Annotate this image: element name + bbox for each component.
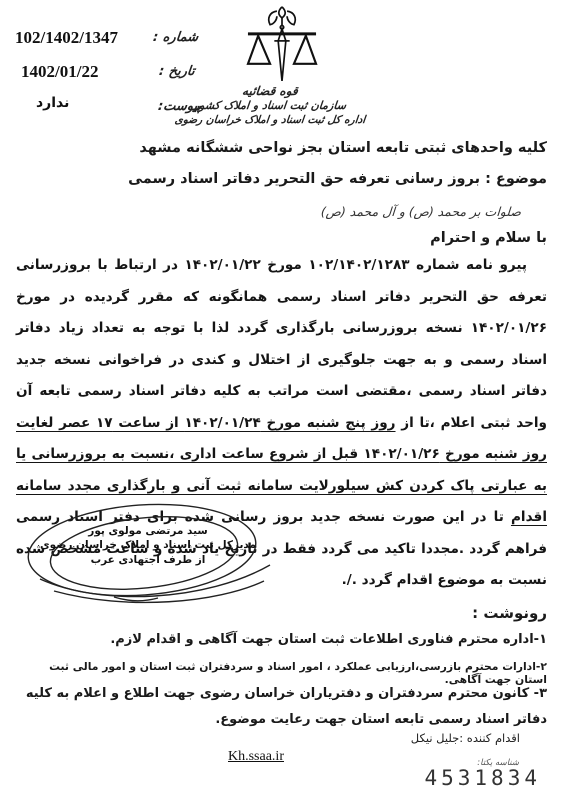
cc-heading: رونوشت : (472, 604, 547, 622)
judiciary-logo (237, 6, 327, 90)
cc-item-3: ۳- کانون محترم سردفتران و دفتریاران خراس… (14, 681, 547, 733)
subject-line: موضوع : بروز رسانی تعرفه حق التحریر دفات… (128, 171, 547, 187)
letter-date-value: 1402/01/22 (21, 62, 98, 82)
signature-block: سید مرتضی مولوی پور مدیرکل ثبت اسناد و ا… (22, 503, 274, 611)
letter-number-label: شماره : (152, 30, 199, 45)
org-line-provincial: اداره کل ثبت اسناد و املاک خراسان رضوی (149, 114, 390, 126)
body-text-normal-1: پیرو نامه شماره ۱۰۲/۱۴۰۲/۱۲۸۳ مورخ ۱۴۰۲/… (16, 257, 547, 431)
salutation-line: با سلام و احترام (430, 230, 547, 246)
signer-on-behalf: از طرف اجتهادی عرب (22, 554, 274, 566)
recipient-line: کلیه واحدهای ثبتی تابعه استان بجز نواحی … (139, 140, 547, 156)
letter-number-value: 102/1402/1347 (15, 28, 118, 48)
letter-date-label: تاریخ : (159, 64, 196, 79)
attachment-value: ندارد (36, 95, 69, 111)
attachment-label: پیوست: (157, 99, 202, 114)
unique-id-value: 4531834 (424, 766, 541, 790)
cc-item-1: ۱-اداره محترم فناوری اطلاعات ثبت استان ج… (14, 632, 547, 647)
salawat-line: صلوات بر محمد (ص) و آل محمد (ص) (320, 204, 521, 219)
signer-title: مدیرکل ثبت اسناد و املاک خراسان رضوی (22, 539, 274, 551)
signer-name: سید مرتضی مولوی پور (22, 525, 274, 537)
action-handler-line: اقدام کننده :جلیل نیکل (411, 731, 520, 745)
website-address: Kh.ssaa.ir (228, 749, 284, 765)
scanned-official-letter: قوه قضائیه سازمان ثبت اسناد و املاک کشور… (0, 0, 563, 800)
org-line-judiciary: قوه قضائیه (149, 84, 390, 98)
justice-scales-icon (238, 6, 326, 86)
signature-text: سید مرتضی مولوی پور مدیرکل ثبت اسناد و ا… (22, 525, 274, 566)
